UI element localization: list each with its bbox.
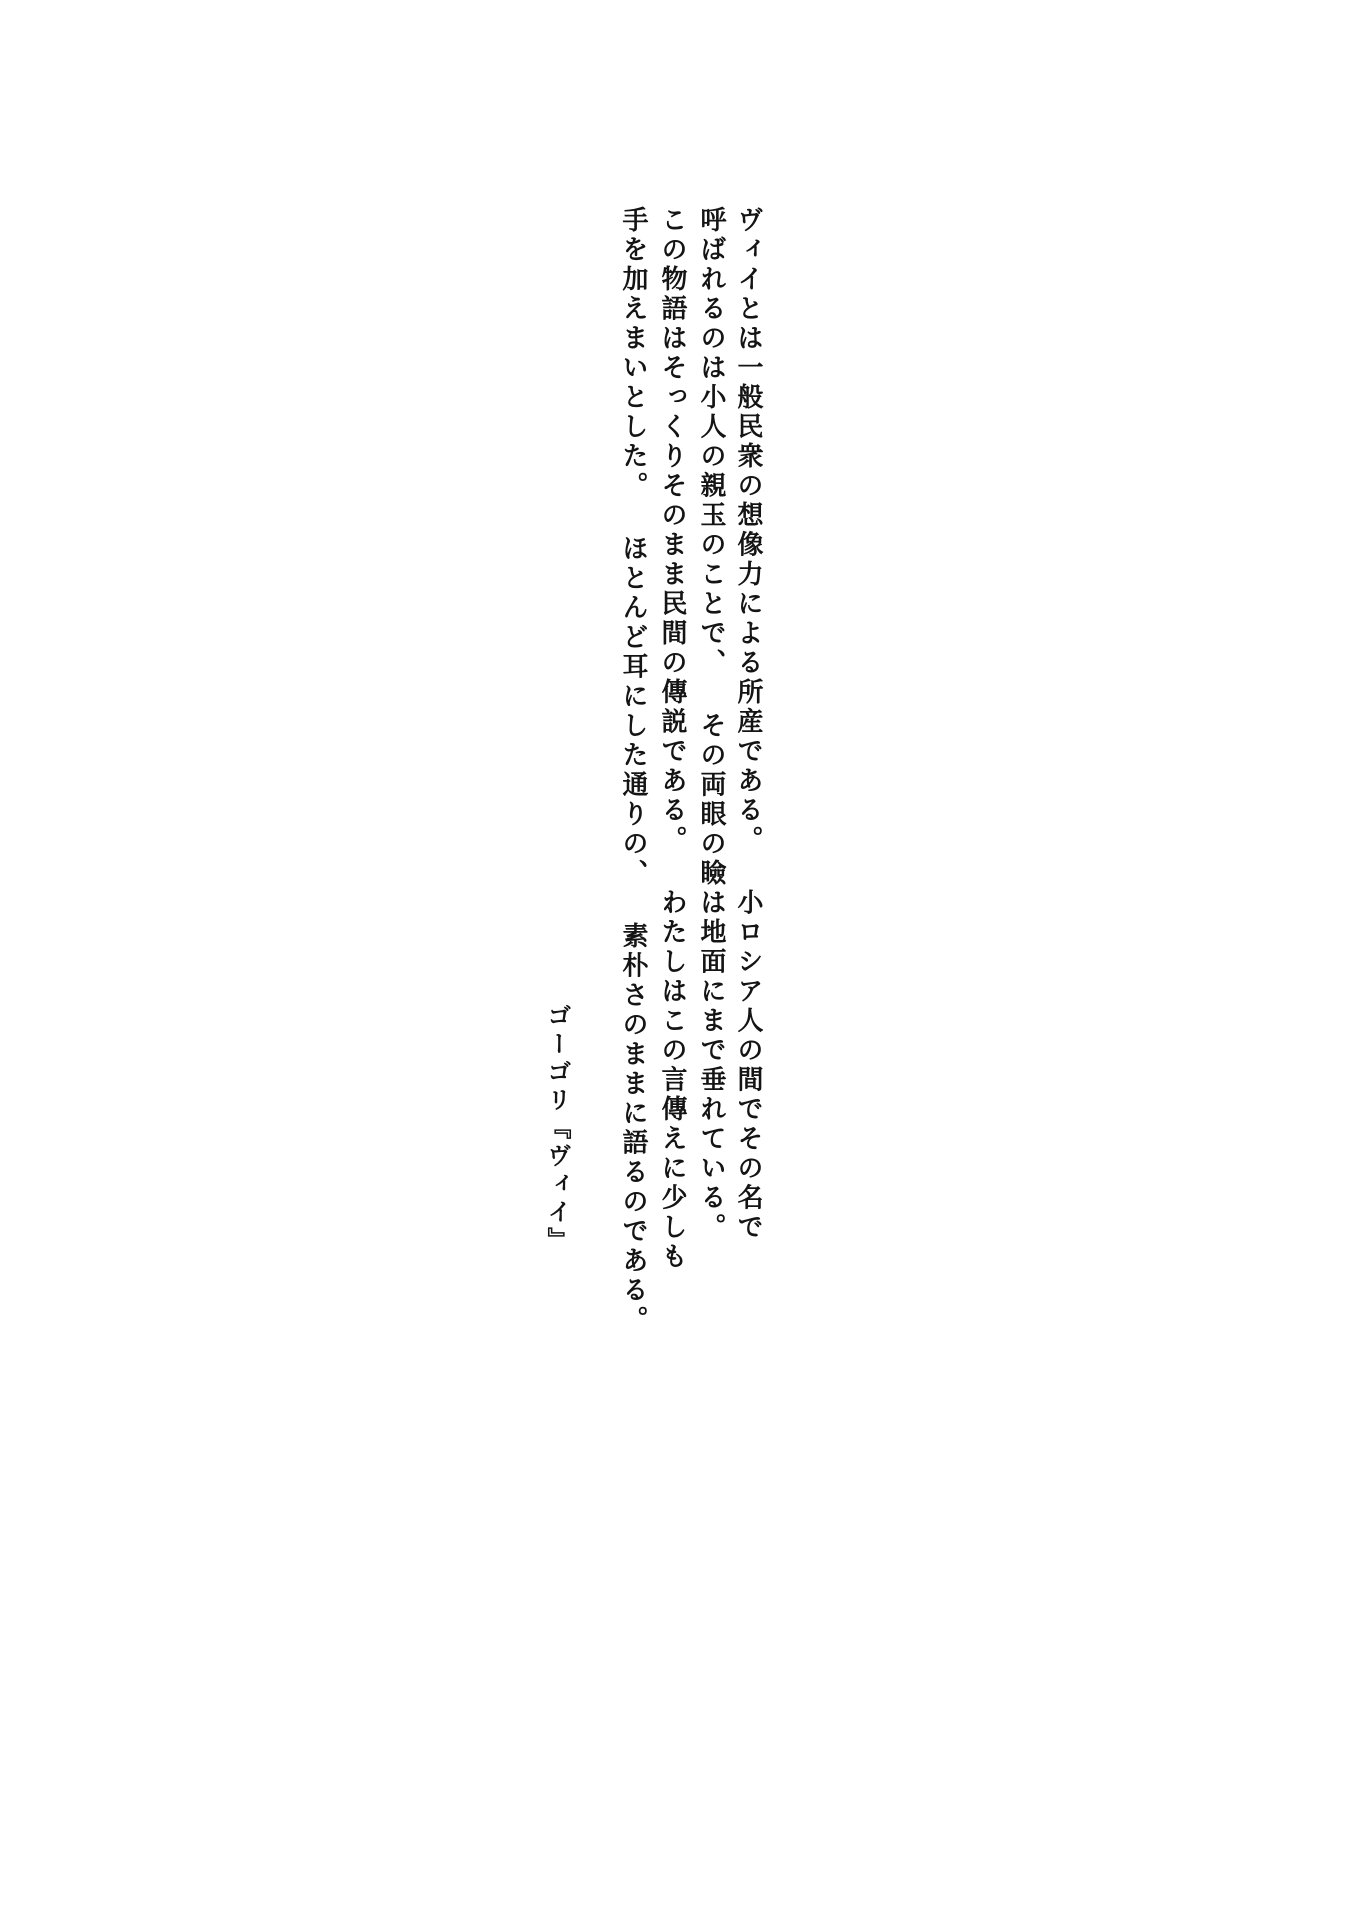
epigraph-attribution: ゴーゴリ『ヴィイ』	[545, 1003, 569, 1255]
epigraph-line-1: ヴィイとは一般民衆の想像力による所産である。 小ロシア人の間でその名で	[735, 206, 761, 1243]
epigraph-line-2: 呼ばれるのは小人の親玉のことで、 その両眼の瞼は地面にまで垂れている。	[698, 206, 724, 1243]
epigraph-line-3: この物語はそっくりそのまま民間の傳説である。 わたしはこの言傳えに少しも	[659, 206, 685, 1272]
page: ヴィイとは一般民衆の想像力による所産である。 小ロシア人の間でその名で 呼ばれる…	[0, 0, 1355, 1920]
epigraph-line-4: 手を加えまいとした。 ほとんど耳にした通りの、 素朴さのままに語るのである。	[620, 206, 646, 1335]
